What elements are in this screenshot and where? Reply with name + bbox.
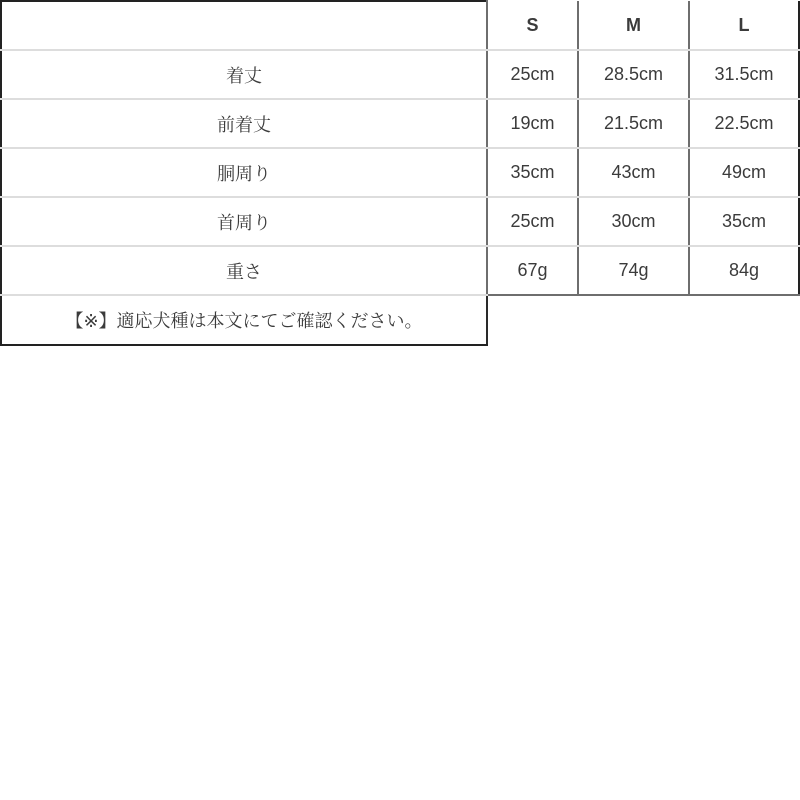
- value-cell: 31.5cm: [689, 50, 799, 99]
- value-cell: 35cm: [487, 148, 578, 197]
- row-label-girth: 胴周り: [1, 148, 487, 197]
- value-cell: 28.5cm: [578, 50, 689, 99]
- value-cell: 74g: [578, 246, 689, 295]
- value-cell: 30cm: [578, 197, 689, 246]
- value-cell: 67g: [487, 246, 578, 295]
- size-header-m: M: [578, 1, 689, 50]
- size-chart-image: S M L 着丈 25cm 28.5cm 31.5cm 前着丈 19cm 21.…: [0, 0, 800, 800]
- row-label-neck: 首周り: [1, 197, 487, 246]
- table-row-girth: 胴周り 35cm 43cm 49cm: [1, 148, 799, 197]
- row-label-front-length: 前着丈: [1, 99, 487, 148]
- size-header-s: S: [487, 1, 578, 50]
- value-cell: 22.5cm: [689, 99, 799, 148]
- value-cell: 25cm: [487, 197, 578, 246]
- table-row-length: 着丈 25cm 28.5cm 31.5cm: [1, 50, 799, 99]
- size-table: S M L 着丈 25cm 28.5cm 31.5cm 前着丈 19cm 21.…: [0, 0, 800, 346]
- value-cell: 19cm: [487, 99, 578, 148]
- row-label-length: 着丈: [1, 50, 487, 99]
- corner-cell: [1, 1, 487, 50]
- size-header-l: L: [689, 1, 799, 50]
- table-row-neck: 首周り 25cm 30cm 35cm: [1, 197, 799, 246]
- row-label-weight: 重さ: [1, 246, 487, 295]
- table-row-front-length: 前着丈 19cm 21.5cm 22.5cm: [1, 99, 799, 148]
- value-cell: 49cm: [689, 148, 799, 197]
- footnote-text: 【※】適応犬種は本文にてご確認ください。: [1, 295, 487, 345]
- note-row: 【※】適応犬種は本文にてご確認ください。: [1, 295, 799, 345]
- value-cell: 25cm: [487, 50, 578, 99]
- empty-area: [487, 295, 799, 345]
- header-row: S M L: [1, 1, 799, 50]
- table-row-weight: 重さ 67g 74g 84g: [1, 246, 799, 295]
- value-cell: 43cm: [578, 148, 689, 197]
- value-cell: 84g: [689, 246, 799, 295]
- value-cell: 21.5cm: [578, 99, 689, 148]
- value-cell: 35cm: [689, 197, 799, 246]
